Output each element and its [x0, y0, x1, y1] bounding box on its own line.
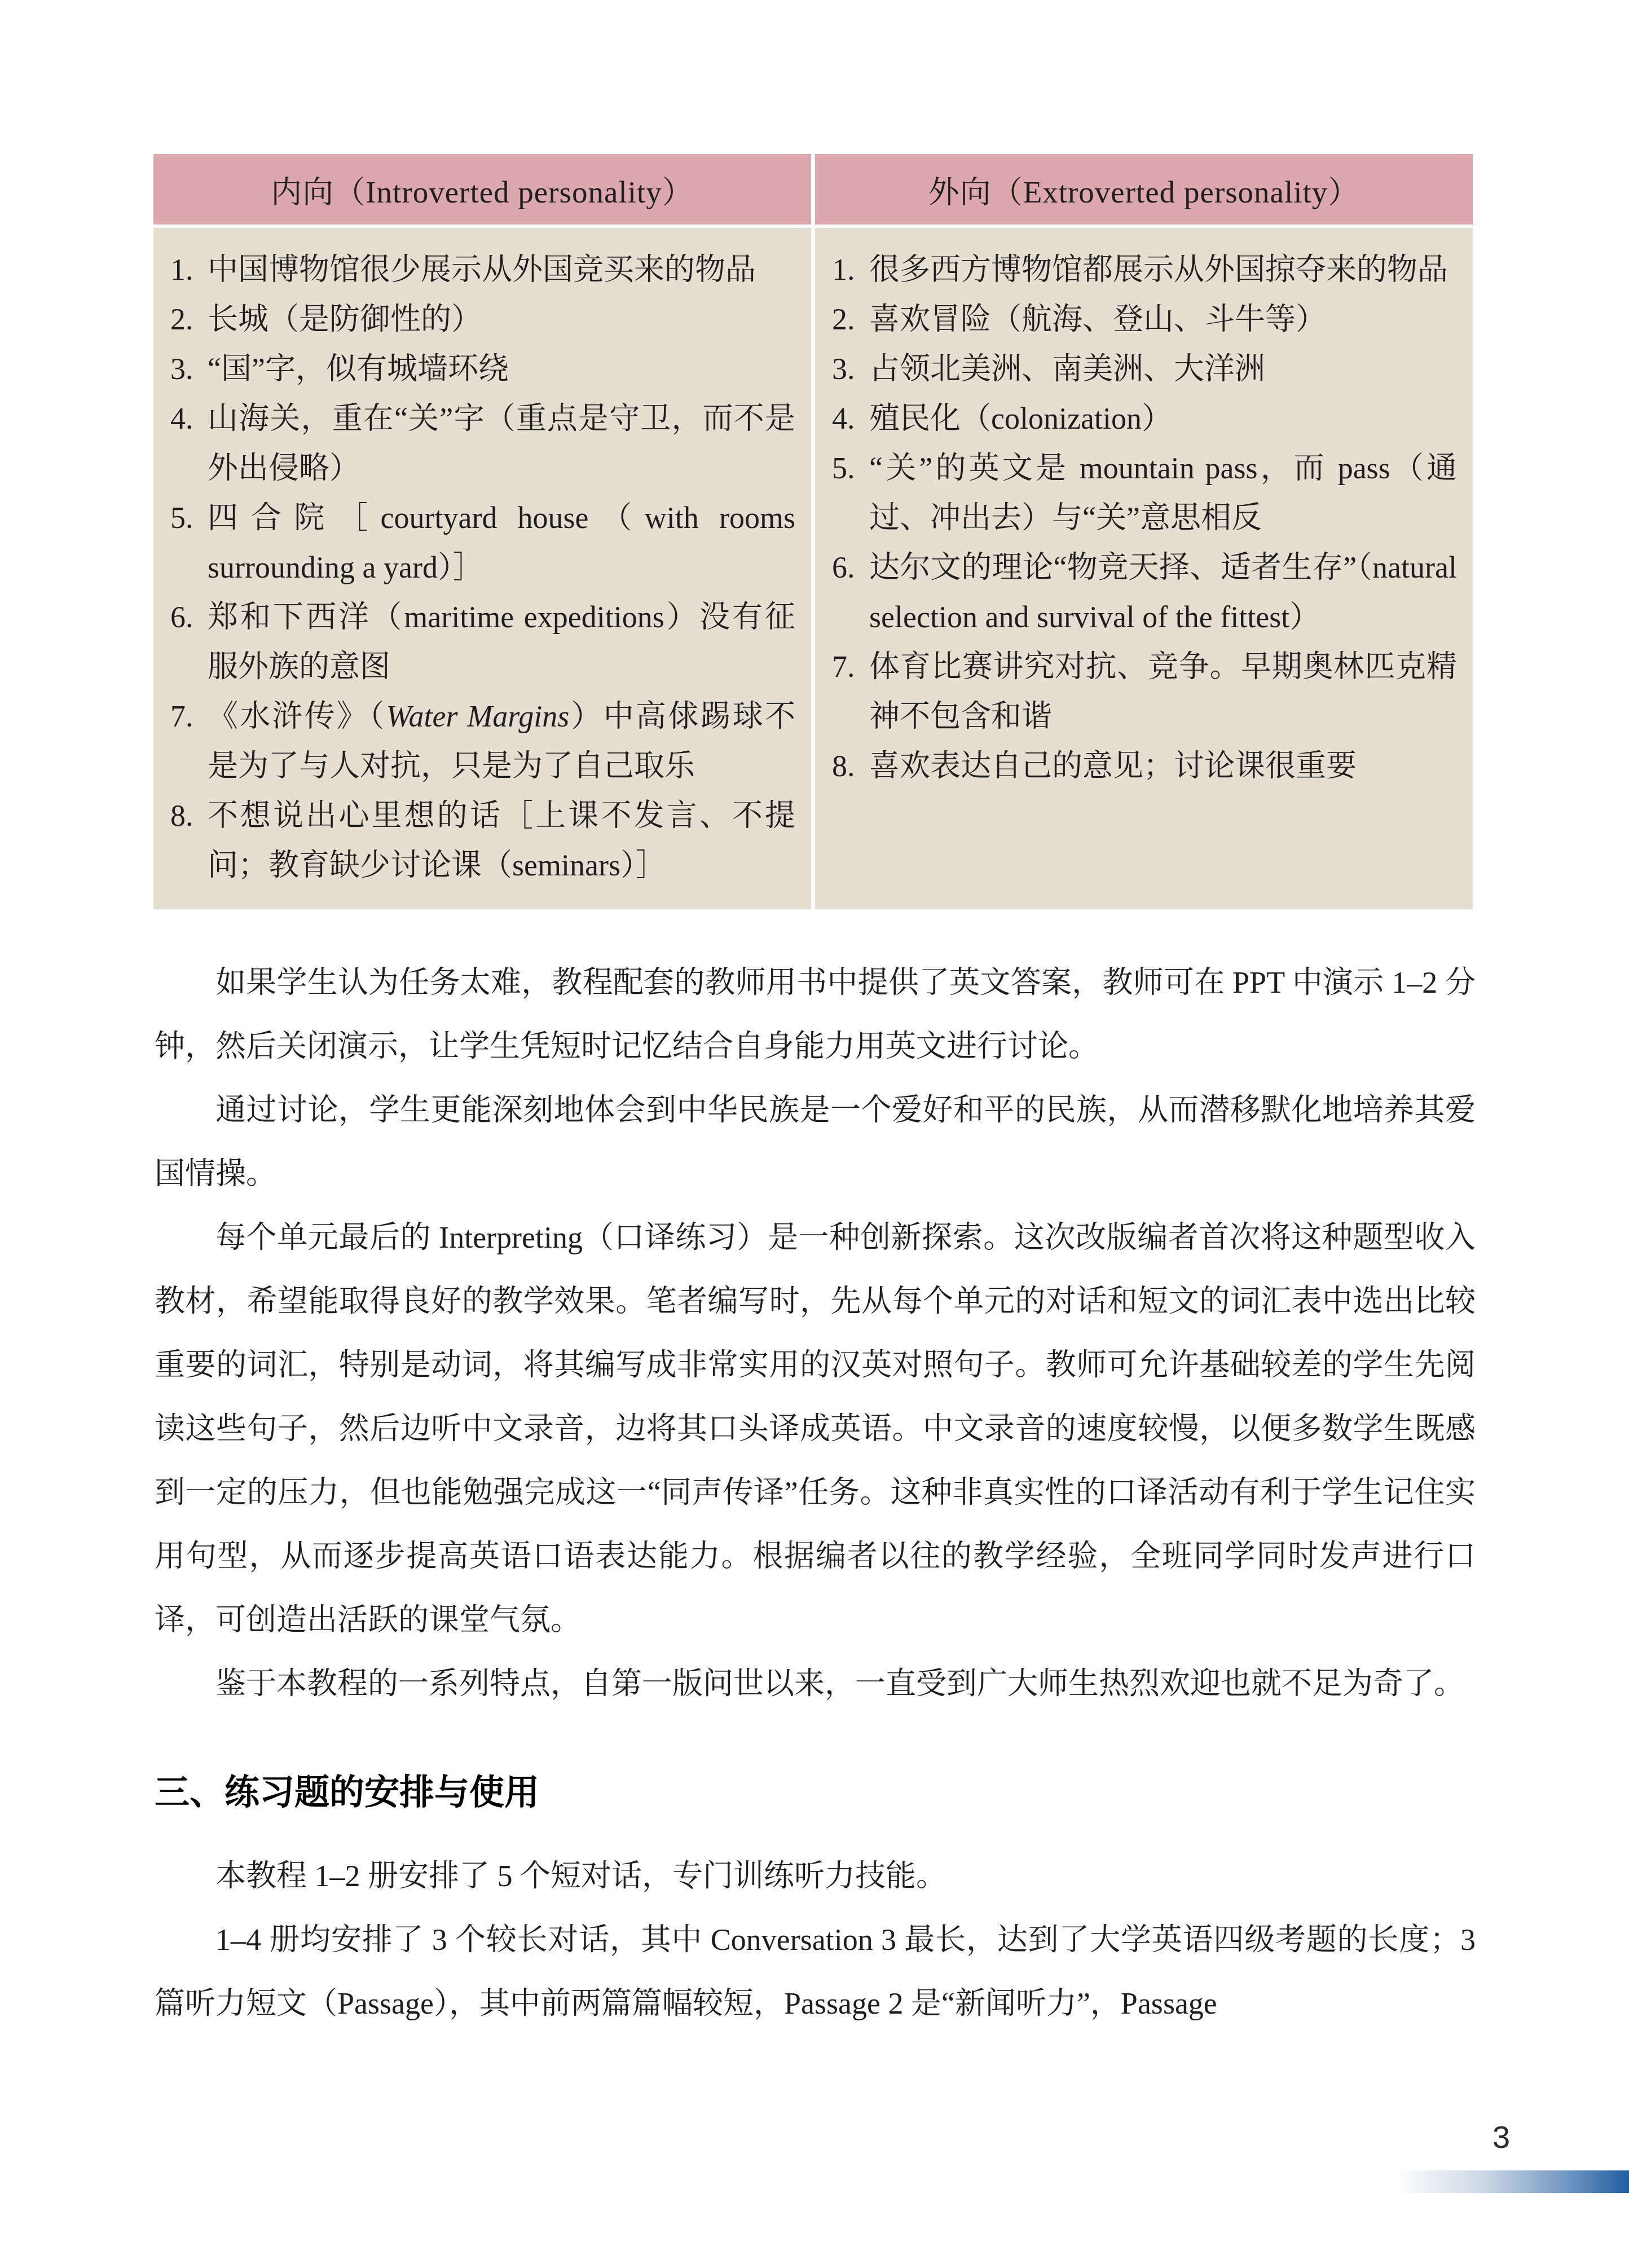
- item-text: “国”字，似有城墙环绕: [208, 352, 509, 386]
- item-number: 1.: [170, 245, 193, 294]
- paragraph: 如果学生认为任务太难，教程配套的教师用书中提供了英文答案，教师可在 PPT 中演…: [155, 951, 1476, 1078]
- table-cell-extroverted: 1.很多西方博物馆都展示从外国掠夺来的物品2.喜欢冒险（航海、登山、斗牛等）3.…: [815, 228, 1473, 909]
- table-row: 2.喜欢冒险（航海、登山、斗牛等）: [832, 294, 1457, 344]
- paragraph: 每个单元最后的 Interpreting（口译练习）是一种创新探索。这次改版编者…: [155, 1206, 1476, 1652]
- item-text: 不想说出心里想的话［上课不发言、不提问；教育缺少讨论课（seminars）］: [208, 799, 795, 882]
- item-number: 7.: [832, 642, 855, 692]
- table-row: 6.郑和下西洋（maritime expeditions）没有征服外族的意图: [170, 592, 795, 692]
- page: 内向（Introverted personality） 外向（Extrovert…: [0, 0, 1629, 2268]
- table-row: 1.很多西方博物馆都展示从外国掠夺来的物品: [832, 245, 1457, 294]
- item-number: 4.: [170, 394, 193, 443]
- item-number: 3.: [832, 344, 855, 394]
- item-text: 很多西方博物馆都展示从外国掠夺来的物品: [869, 253, 1448, 287]
- table-header-introverted: 内向（Introverted personality）: [153, 154, 811, 224]
- table-row: 8.不想说出心里想的话［上课不发言、不提问；教育缺少讨论课（seminars）］: [170, 791, 795, 890]
- paragraph: 1–4 册均安排了 3 个较长对话，其中 Conversation 3 最长，达…: [155, 1908, 1476, 2036]
- item-number: 4.: [832, 394, 855, 443]
- paragraph: 通过讨论，学生更能深刻地体会到中华民族是一个爱好和平的民族，从而潜移默化地培养其…: [155, 1078, 1476, 1206]
- item-text: 山海关，重在“关”字（重点是守卫，而不是外出侵略）: [208, 402, 795, 485]
- item-number: 8.: [170, 791, 193, 840]
- item-number: 1.: [832, 245, 855, 294]
- item-number: 2.: [832, 294, 855, 344]
- footer-accent-bar: [1395, 2170, 1629, 2193]
- item-number: 8.: [832, 741, 855, 791]
- table-header-label: 内向（Introverted personality）: [271, 167, 693, 212]
- item-number: 2.: [170, 294, 193, 344]
- item-number: 3.: [170, 344, 193, 394]
- paragraph: 鉴于本教程的一系列特点，自第一版问世以来，一直受到广大师生热烈欢迎也就不足为奇了…: [155, 1652, 1476, 1716]
- item-number: 7.: [170, 692, 193, 741]
- item-text: 体育比赛讲究对抗、竞争。早期奥林匹克精神不包含和谐: [869, 650, 1457, 733]
- item-text: 《水浒传》（Water Margins）中高俅踢球不是为了与人对抗，只是为了自己…: [208, 699, 795, 783]
- item-text: 长城（是防御性的）: [208, 302, 482, 336]
- item-text: 喜欢表达自己的意见；讨论课很重要: [869, 749, 1357, 783]
- paragraph: 本教程 1–2 册安排了 5 个短对话，专门训练听力技能。: [155, 1844, 1476, 1908]
- personality-comparison-table: 内向（Introverted personality） 外向（Extrovert…: [153, 154, 1473, 909]
- table-row: 5.“关”的英文是 mountain pass，而 pass（通过、冲出去）与“…: [832, 443, 1457, 543]
- item-text: 达尔文的理论“物竞天择、适者生存”（natural selection and …: [869, 551, 1457, 634]
- extroverted-list: 1.很多西方博物馆都展示从外国掠夺来的物品2.喜欢冒险（航海、登山、斗牛等）3.…: [832, 245, 1457, 791]
- item-number: 6.: [832, 543, 855, 592]
- item-text: “关”的英文是 mountain pass，而 pass（通过、冲出去）与“关”…: [869, 451, 1457, 535]
- table-row: 3.占领北美洲、南美洲、大洋洲: [832, 344, 1457, 394]
- section-heading: 三、练习题的安排与使用: [155, 1770, 1476, 1816]
- table-row: 7.《水浒传》（Water Margins）中高俅踢球不是为了与人对抗，只是为了…: [170, 692, 795, 791]
- item-text: 郑和下西洋（maritime expeditions）没有征服外族的意图: [208, 600, 795, 684]
- table-cell-introverted: 1.中国博物馆很少展示从外国竞买来的物品2.长城（是防御性的）3.“国”字，似有…: [153, 228, 811, 909]
- table-header-label: 外向（Extroverted personality）: [928, 167, 1360, 212]
- table-row: 4.殖民化（colonization）: [832, 394, 1457, 443]
- item-text: 中国博物馆很少展示从外国竞买来的物品: [208, 253, 756, 287]
- item-number: 5.: [170, 493, 193, 543]
- table-row: 3.“国”字，似有城墙环绕: [170, 344, 795, 394]
- table-row: 8.喜欢表达自己的意见；讨论课很重要: [832, 741, 1457, 791]
- item-number: 5.: [832, 443, 855, 493]
- item-text: 四合院［courtyard house（with rooms surroundi…: [208, 501, 795, 584]
- table-row: 2.长城（是防御性的）: [170, 294, 795, 344]
- introverted-list: 1.中国博物馆很少展示从外国竞买来的物品2.长城（是防御性的）3.“国”字，似有…: [170, 245, 795, 890]
- table-row: 1.中国博物馆很少展示从外国竞买来的物品: [170, 245, 795, 294]
- table-row: 6.达尔文的理论“物竞天择、适者生存”（natural selection an…: [832, 543, 1457, 642]
- table-row: 5.四合院［courtyard house（with rooms surroun…: [170, 493, 795, 592]
- page-number: 3: [1492, 2119, 1510, 2155]
- table-header-extroverted: 外向（Extroverted personality）: [815, 154, 1473, 224]
- body-text: 如果学生认为任务太难，教程配套的教师用书中提供了英文答案，教师可在 PPT 中演…: [155, 951, 1476, 2036]
- item-text: 占领北美洲、南美洲、大洋洲: [869, 352, 1265, 386]
- item-text: 殖民化（colonization）: [869, 402, 1172, 435]
- item-text: 喜欢冒险（航海、登山、斗牛等）: [869, 302, 1326, 336]
- table-row: 7.体育比赛讲究对抗、竞争。早期奥林匹克精神不包含和谐: [832, 642, 1457, 741]
- item-number: 6.: [170, 592, 193, 642]
- table-row: 4.山海关，重在“关”字（重点是守卫，而不是外出侵略）: [170, 394, 795, 493]
